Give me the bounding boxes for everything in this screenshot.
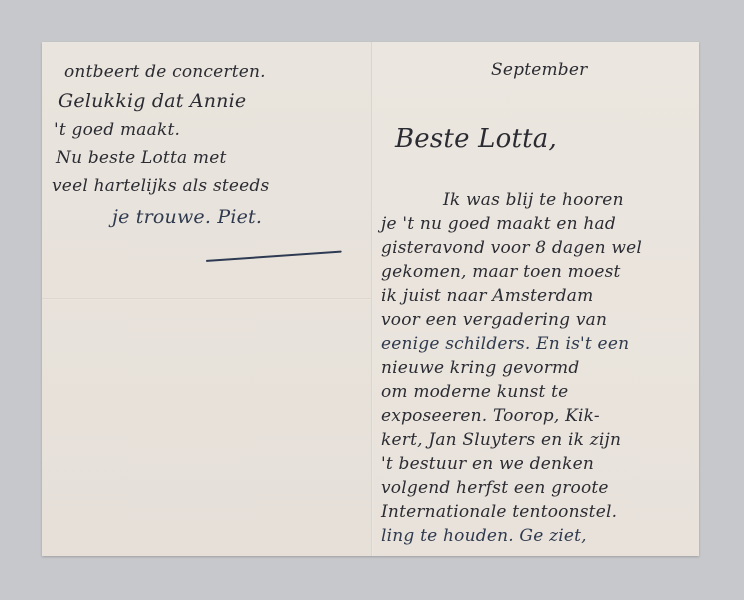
handwritten-line: exposeeren. Toorop, Kik- [381, 406, 600, 426]
handwritten-line: volgend herfst een groote [381, 478, 609, 498]
handwritten-line: 't goed maakt. [54, 120, 180, 140]
letter-date: September [491, 60, 587, 80]
scan-background: ontbeert de concerten. Gelukkig dat Anni… [0, 0, 744, 600]
handwritten-line: Ik was blij te hooren [443, 190, 624, 210]
letter-salutation: Beste Lotta, [395, 124, 557, 154]
handwritten-line: veel hartelijks als steeds [52, 176, 269, 196]
signature-line: je trouwe. Piet. [112, 206, 262, 228]
horizontal-fold-crease [42, 298, 372, 300]
right-page: September Beste Lotta, Ik was blij te ho… [373, 42, 699, 556]
letter-sheet: ontbeert de concerten. Gelukkig dat Anni… [42, 42, 699, 556]
handwritten-line: ontbeert de concerten. [64, 62, 266, 82]
handwritten-line: kert, Jan Sluyters en ik zijn [381, 430, 621, 450]
handwritten-line: Internationale tentoonstel. [381, 502, 617, 522]
signature-underline [206, 251, 342, 262]
handwritten-line: eenige schilders. En is't een [381, 334, 629, 354]
handwritten-line: Nu beste Lotta met [56, 148, 227, 168]
handwritten-line: gekomen, maar toen moest [381, 262, 621, 282]
handwritten-line: gisteravond voor 8 dagen wel [381, 238, 642, 258]
handwritten-line: nieuwe kring gevormd [381, 358, 579, 378]
handwritten-line: ling te houden. Ge ziet, [381, 526, 587, 546]
handwritten-line: voor een vergadering van [381, 310, 607, 330]
handwritten-line: 't bestuur en we denken [381, 454, 594, 474]
handwritten-line: om moderne kunst te [381, 382, 568, 402]
handwritten-line: Gelukkig dat Annie [58, 90, 246, 112]
handwritten-line: je 't nu goed maakt en had [381, 214, 616, 234]
handwritten-line: ik juist naar Amsterdam [381, 286, 593, 306]
